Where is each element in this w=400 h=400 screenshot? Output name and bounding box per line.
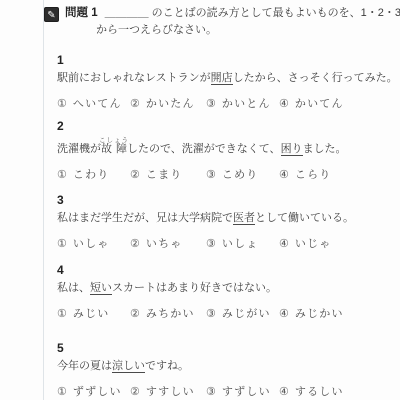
option-text: いちゃ [146, 235, 183, 251]
question-number: 4 [57, 264, 344, 277]
target-word: 困り [281, 143, 303, 156]
option-number-icon: ④ [279, 385, 289, 398]
option-text: へいてん [73, 95, 122, 111]
option-text: すすしい [146, 383, 195, 399]
option-number-icon: ③ [206, 385, 216, 398]
option-text: するしい [295, 383, 344, 399]
question-number: 5 [57, 342, 344, 355]
instructions-line1: 問題 1＿＿＿＿のことばの読み方として最もよいものを、1・2・3・4 [65, 5, 400, 22]
question-5: 5 今年の夏は涼しいですね。 ①ずずしい ②すすしい ③すずしい ④するしい [57, 342, 344, 399]
option-2: ②かいたん [130, 95, 206, 111]
option-4: ④かいてん [279, 95, 344, 111]
sentence-pre: 私はまだ学生だが、兄は大学病院で [57, 212, 233, 224]
option-text: いしょ [222, 235, 259, 251]
target-word: 短い [90, 282, 112, 295]
sentence-pre: 私は、 [57, 282, 90, 294]
option-number-icon: ④ [279, 237, 289, 250]
option-number-icon: ② [130, 168, 140, 181]
test-page: ✎ 問題 1＿＿＿＿のことばの読み方として最もよいものを、1・2・3・4 から一… [0, 0, 400, 400]
instructions-text: のことばの読み方として最もよいものを、1・2・3・4 [152, 7, 400, 19]
question-sentence: 私はまだ学生だが、兄は大学病院で医者として働いている。 [57, 211, 354, 226]
option-2: ②こまり [130, 166, 206, 182]
question-sentence: 駅前におしゃれなレストランが開店したから、さっそく行ってみた。 [57, 71, 398, 86]
option-text: いじゃ [295, 235, 332, 251]
option-number-icon: ③ [206, 168, 216, 181]
option-3: ③かいとん [206, 95, 279, 111]
option-1: ①いしゃ [57, 235, 130, 251]
target-word: 医者 [233, 212, 255, 225]
question-sentence: 今年の夏は涼しいですね。 [57, 359, 344, 374]
option-text: かいてん [295, 95, 344, 111]
options-row: ①へいてん ②かいたん ③かいとん ④かいてん [57, 95, 398, 111]
question-number: 2 [57, 120, 347, 133]
sentence-post: ですね。 [145, 360, 189, 372]
option-text: みじかい [295, 305, 344, 321]
option-3: ③こめり [206, 166, 279, 182]
option-text: みちかい [146, 305, 195, 321]
option-1: ①こわり [57, 166, 130, 182]
option-number-icon: ② [130, 97, 140, 110]
option-number-icon: ② [130, 307, 140, 320]
option-text: かいとん [222, 95, 271, 111]
target-word: 開店 [211, 72, 233, 85]
furigana-base: 故障 [99, 143, 129, 155]
option-text: こわり [73, 166, 110, 182]
option-4: ④みじかい [279, 305, 344, 321]
option-number-icon: ① [57, 97, 67, 110]
question-1: 1 駅前におしゃれなレストランが開店したから、さっそく行ってみた。 ①へいてん … [57, 54, 398, 111]
option-2: ②すすしい [130, 383, 206, 399]
blank-line: ＿＿＿＿ [105, 7, 149, 19]
section-title: 問題 1 [65, 7, 98, 19]
sentence-post: ました。 [303, 143, 347, 155]
option-number-icon: ② [130, 385, 140, 398]
option-4: ④こらり [279, 166, 331, 182]
option-number-icon: ① [57, 307, 67, 320]
option-number-icon: ③ [206, 307, 216, 320]
option-text: こらり [295, 166, 332, 182]
option-1: ①みじい [57, 305, 130, 321]
option-text: いしゃ [73, 235, 110, 251]
sentence-post: として働いている。 [255, 212, 354, 224]
option-2: ②みちかい [130, 305, 206, 321]
section-header: ✎ 問題 1＿＿＿＿のことばの読み方として最もよいものを、1・2・3・4 から一… [44, 5, 400, 39]
question-number: 3 [57, 194, 354, 207]
sentence-pre: 洗濯機が [57, 143, 101, 155]
option-number-icon: ④ [279, 307, 289, 320]
option-3: ③いしょ [206, 235, 279, 251]
options-row: ①こわり ②こまり ③こめり ④こらり [57, 166, 347, 182]
option-2: ②いちゃ [130, 235, 206, 251]
options-row: ①いしゃ ②いちゃ ③いしょ ④いじゃ [57, 235, 354, 251]
option-text: こめり [222, 166, 259, 182]
question-sentence: 洗濯機が故障こしょうしたので、洗濯ができなくて、困りました。 [57, 137, 347, 157]
question-sentence: 私は、短いスカートはあまり好きではない。 [57, 281, 344, 296]
sentence-mid: したので、洗濯ができなくて、 [127, 143, 281, 155]
option-number-icon: ① [57, 385, 67, 398]
question-2: 2 洗濯機が故障こしょうしたので、洗濯ができなくて、困りました。 ①こわり ②こ… [57, 120, 347, 182]
option-number-icon: ④ [279, 168, 289, 181]
option-text: すずしい [222, 383, 271, 399]
option-1: ①へいてん [57, 95, 130, 111]
option-number-icon: ① [57, 237, 67, 250]
option-number-icon: ① [57, 168, 67, 181]
instructions-line2: から一つえらびなさい。 [96, 22, 400, 39]
option-text: かいたん [146, 95, 195, 111]
furigana-reading: こしょう [99, 137, 129, 144]
option-number-icon: ② [130, 237, 140, 250]
options-row: ①ずずしい ②すすしい ③すずしい ④するしい [57, 383, 344, 399]
question-number: 1 [57, 54, 398, 67]
option-number-icon: ④ [279, 97, 289, 110]
sentence-post: したから、さっそく行ってみた。 [233, 72, 398, 84]
furigana-word: 故障こしょう [101, 143, 127, 155]
option-number-icon: ③ [206, 97, 216, 110]
sentence-pre: 駅前におしゃれなレストランが [57, 72, 211, 84]
option-number-icon: ③ [206, 237, 216, 250]
option-4: ④するしい [279, 383, 344, 399]
sentence-post: スカートはあまり好きではない。 [112, 282, 277, 294]
option-text: みじがい [222, 305, 271, 321]
sentence-pre: 今年の夏は [57, 360, 112, 372]
option-3: ③すずしい [206, 383, 279, 399]
pencil-icon: ✎ [44, 7, 59, 22]
options-row: ①みじい ②みちかい ③みじがい ④みじかい [57, 305, 344, 321]
option-text: こまり [146, 166, 183, 182]
instructions: 問題 1＿＿＿＿のことばの読み方として最もよいものを、1・2・3・4 から一つえ… [65, 5, 400, 39]
option-text: みじい [73, 305, 110, 321]
option-1: ①ずずしい [57, 383, 130, 399]
option-text: ずずしい [73, 383, 122, 399]
option-3: ③みじがい [206, 305, 279, 321]
target-word: 涼しい [112, 360, 145, 373]
page-edge-line [43, 0, 44, 400]
question-4: 4 私は、短いスカートはあまり好きではない。 ①みじい ②みちかい ③みじがい … [57, 264, 344, 321]
question-3: 3 私はまだ学生だが、兄は大学病院で医者として働いている。 ①いしゃ ②いちゃ … [57, 194, 354, 251]
option-4: ④いじゃ [279, 235, 331, 251]
